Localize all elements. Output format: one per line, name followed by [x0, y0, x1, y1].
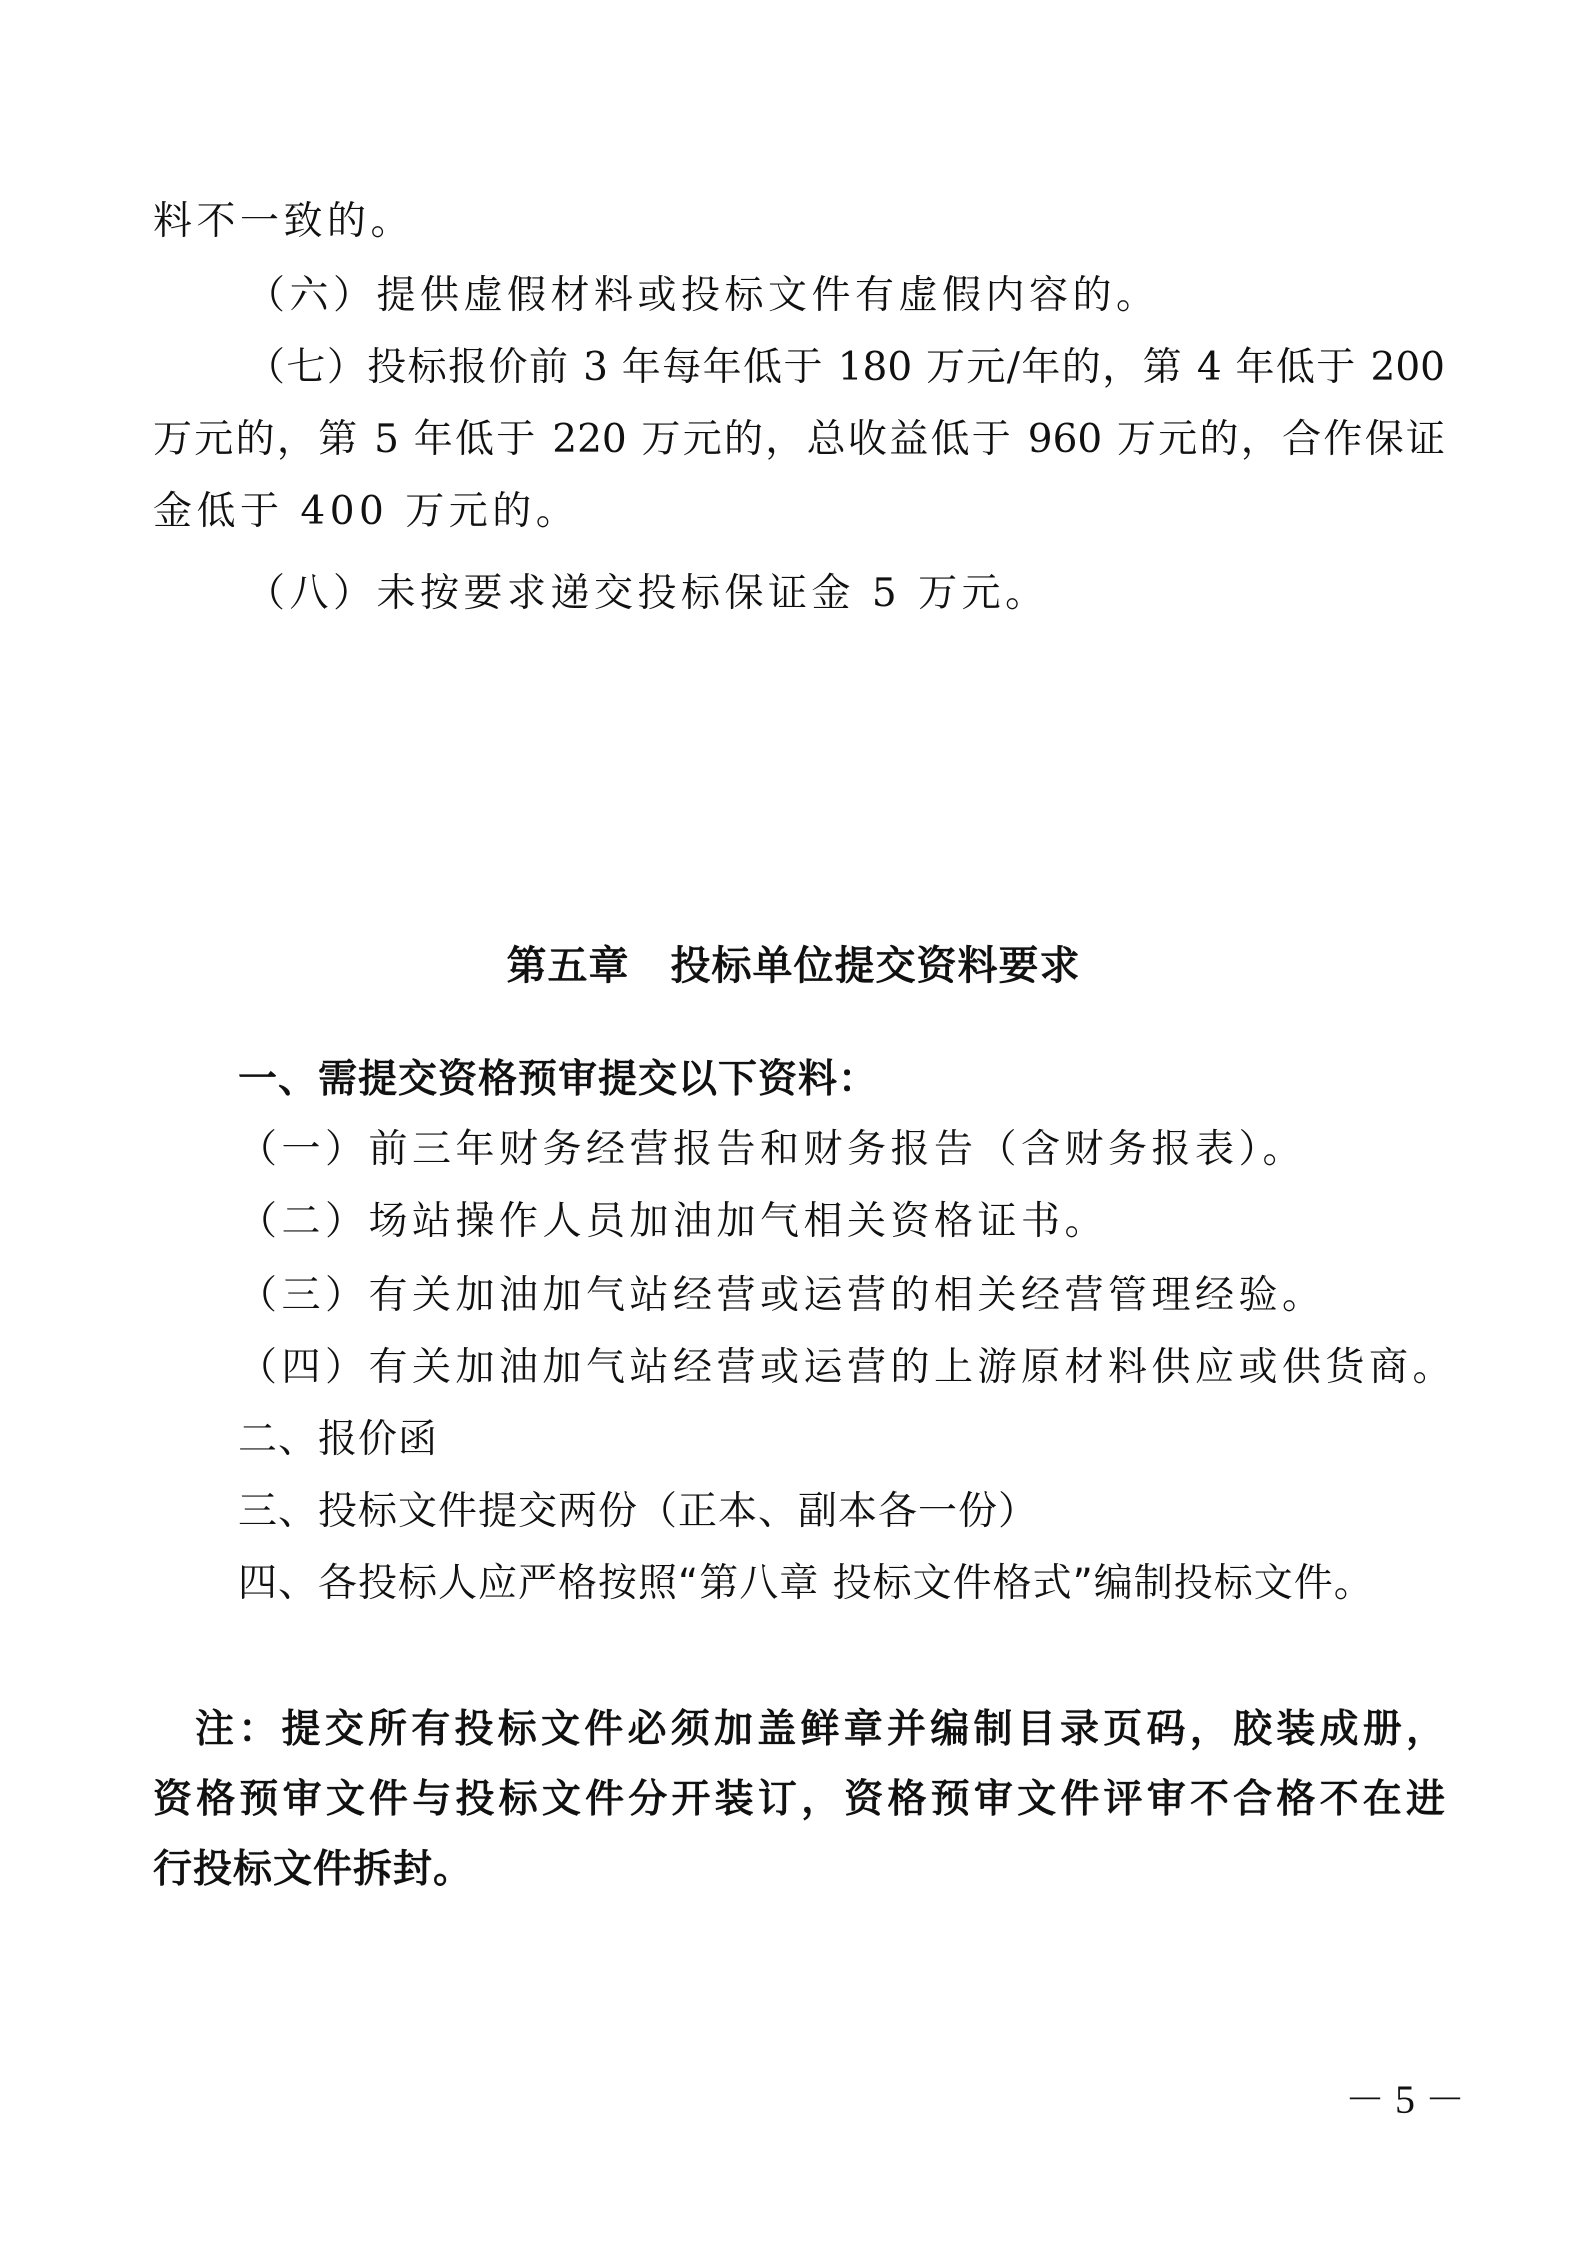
continuation-text: 料不一致的。	[153, 198, 1445, 246]
section-1-item-4: （四）有关加油加气站经营或运营的上游原材料供应或供货商。	[238, 1344, 1445, 1392]
disqualification-item-8: （八）未按要求递交投标保证金 5 万元。	[246, 570, 1445, 618]
disqualification-item-7-line-3: 金低于 400 万元的。	[153, 488, 1445, 536]
section-4-heading: 四、各投标人应严格按照“第八章 投标文件格式”编制投标文件。	[238, 1560, 1445, 1608]
page-number: － 5 －	[1330, 2075, 1480, 2125]
section-1-item-2: （二）场站操作人员加油加气相关资格证书。	[238, 1198, 1445, 1246]
item-text: 提供虚假材料或投标文件有虚假内容的。	[377, 273, 1160, 318]
section-1-item-1: （一）前三年财务经营报告和财务报告（含财务报表）。	[238, 1126, 1445, 1174]
note-line-1: 注：提交所有投标文件必须加盖鲜章并编制目录页码，胶装成册，	[195, 1706, 1445, 1754]
note-line-2: 资格预审文件与投标文件分开装订，资格预审文件评审不合格不在进	[153, 1776, 1445, 1824]
item-text: 未按要求递交投标保证金 5 万元。	[377, 571, 1049, 616]
chapter-title: 第五章 投标单位提交资料要求	[0, 941, 1587, 991]
item-label: （八）	[246, 571, 377, 616]
item-text: 投标报价前 3 年每年低于 180 万元/年的，第 4 年低于 200	[367, 345, 1445, 390]
item-label: （六）	[246, 273, 377, 318]
section-2-heading: 二、报价函	[238, 1416, 1445, 1464]
note-line-3: 行投标文件拆封。	[153, 1846, 1445, 1894]
section-1-item-3: （三）有关加油加气站经营或运营的相关经营管理经验。	[238, 1272, 1445, 1320]
item-label: （七）	[246, 345, 367, 390]
disqualification-item-7-line-2: 万元的，第 5 年低于 220 万元的，总收益低于 960 万元的，合作保证	[153, 416, 1445, 464]
disqualification-item-6: （六）提供虚假材料或投标文件有虚假内容的。	[246, 272, 1445, 320]
section-3-heading: 三、投标文件提交两份（正本、副本各一份）	[238, 1488, 1445, 1536]
disqualification-item-7-line-1: （七）投标报价前 3 年每年低于 180 万元/年的，第 4 年低于 200	[246, 344, 1445, 392]
document-page: 料不一致的。 （六）提供虚假材料或投标文件有虚假内容的。 （七）投标报价前 3 …	[0, 0, 1587, 2245]
section-1-heading: 一、需提交资格预审提交以下资料：	[238, 1056, 1445, 1104]
